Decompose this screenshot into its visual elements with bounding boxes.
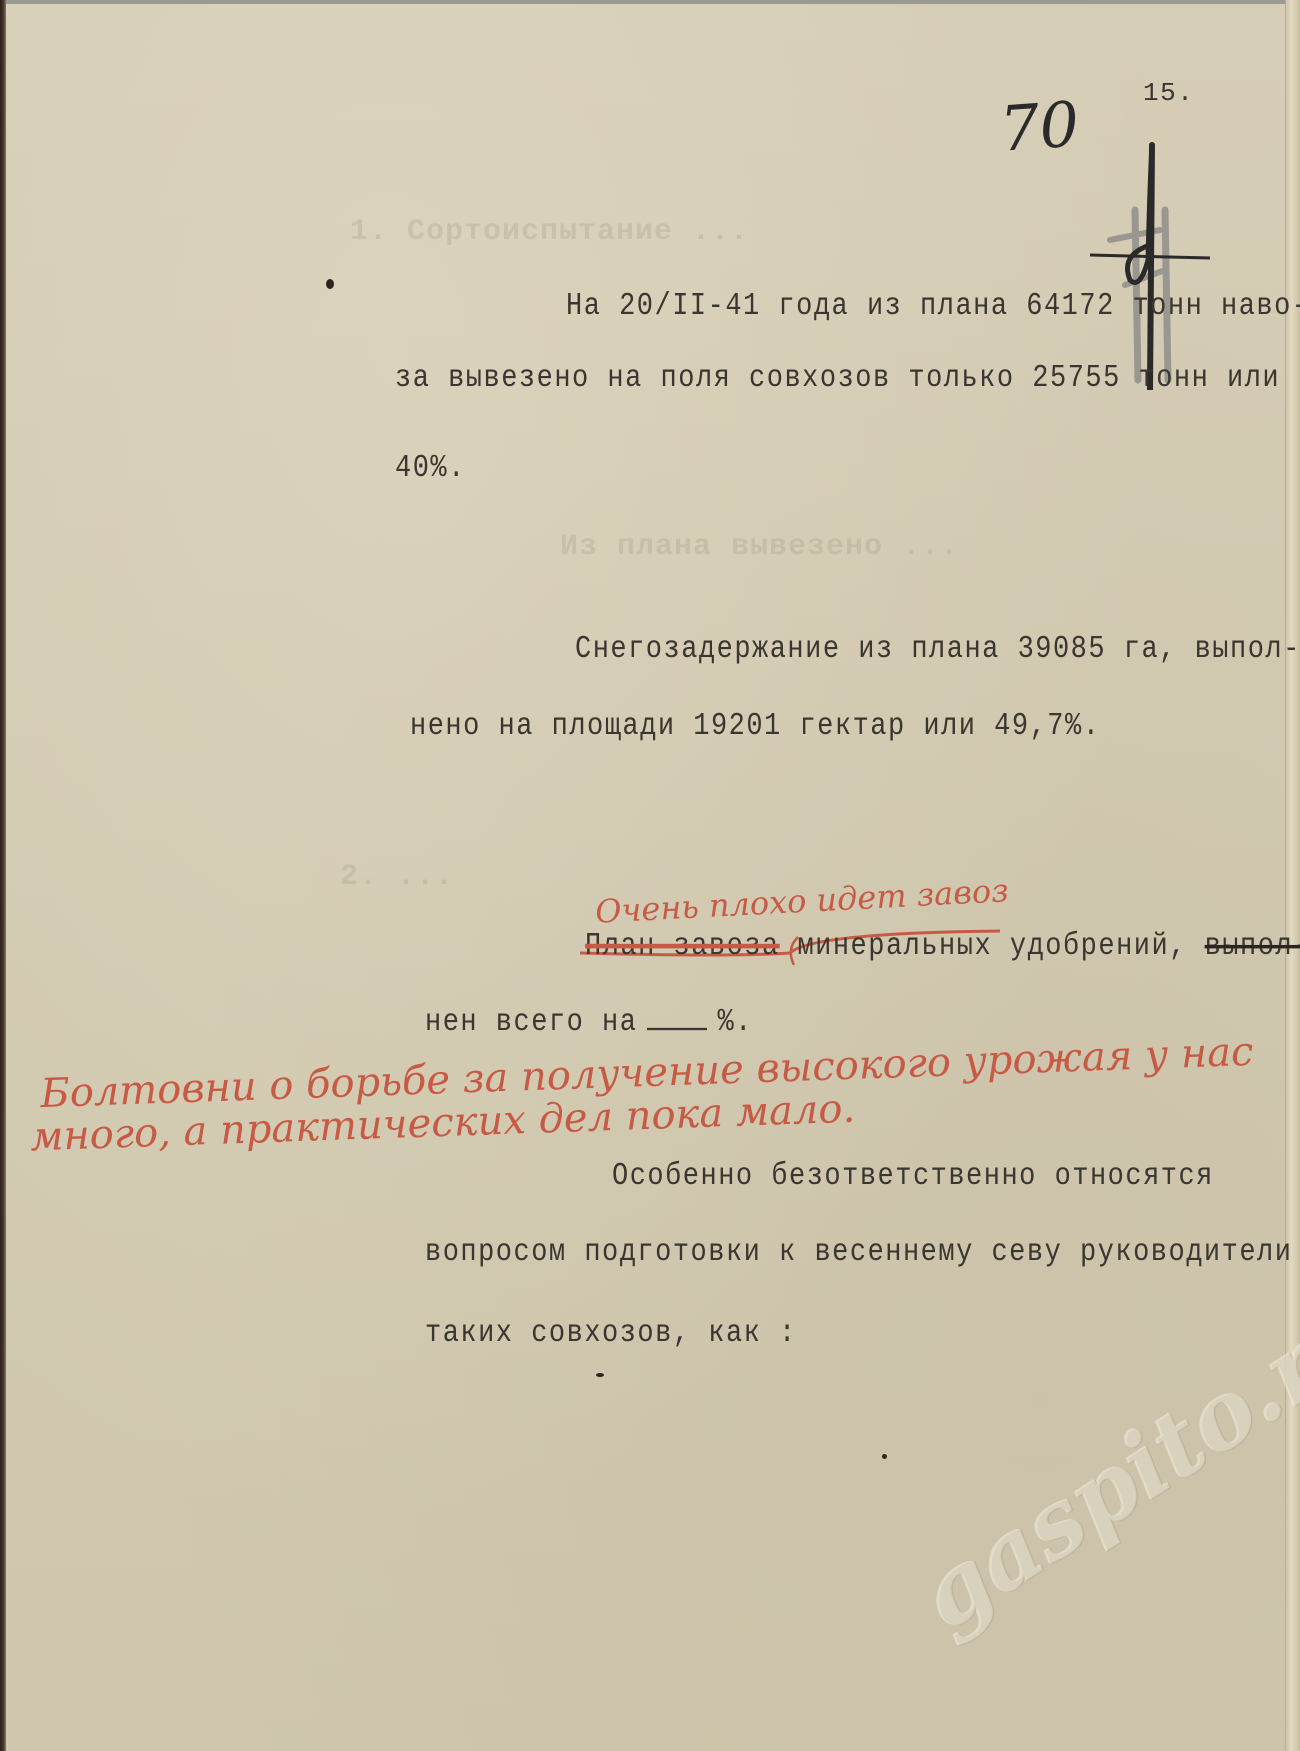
paragraph-snow-line-1: Снегозадержание из плана 39085 га, выпол… [575, 633, 1300, 668]
archival-document-page: 1. Сортоиспытание ... Из плана вывезено … [0, 0, 1300, 1751]
paragraph-snow-line-2: нено на площади 19201 гектар или 49,7%. [410, 710, 1100, 745]
pencil-strike-mark [1090, 140, 1210, 390]
ink-dot [596, 1373, 604, 1377]
bleed-through-text: Из плана вывезено ... [560, 530, 959, 564]
paragraph-manure-line-2: за вывезено на поля совхозов только 2575… [395, 362, 1280, 397]
struck-text: План завоза [585, 930, 780, 965]
paragraph-fertilizers-line-1: План завоза минеральных удобрений, выпол… [585, 930, 1300, 965]
binding-edge [0, 0, 6, 1751]
fertilizers-line2-text: нен всего на [425, 1006, 637, 1041]
paragraph-irresponsible-line-1: Особенно безответственно относятся [612, 1160, 1214, 1195]
watermark-gaspito: gaspito.ru [900, 1274, 1300, 1650]
fertilizers-text: минеральных удобрений, [797, 930, 1186, 965]
ink-dot [326, 279, 334, 289]
folio-number-handwritten: 70 [998, 87, 1082, 165]
page-top-edge [6, 0, 1300, 4]
page-right-edge [1285, 0, 1300, 1751]
percent-sign: %. [717, 1006, 752, 1041]
ink-dot [882, 1454, 887, 1459]
bleed-through-text: 2. ... [340, 860, 454, 894]
paragraph-manure-line-3: 40%. [395, 452, 466, 487]
bleed-through-text: 1. Сортоиспытание ... [350, 215, 749, 249]
paragraph-irresponsible-line-3: таких совхозов, как : [425, 1317, 797, 1352]
paragraph-fertilizers-line-2: нен всего на%. [425, 1006, 753, 1041]
paragraph-irresponsible-line-2: вопросом подготовки к весеннему севу рук… [425, 1236, 1292, 1271]
paragraph-manure-line-1: На 20/II-41 года из плана 64172 тонн нав… [566, 290, 1300, 325]
struck-text-end: выпол- [1205, 930, 1300, 965]
blank-percentage-field [647, 1028, 707, 1030]
page-number-typed: 15. [1143, 78, 1194, 108]
red-annotation-heading: Очень плохо идет завоз [594, 871, 1009, 931]
